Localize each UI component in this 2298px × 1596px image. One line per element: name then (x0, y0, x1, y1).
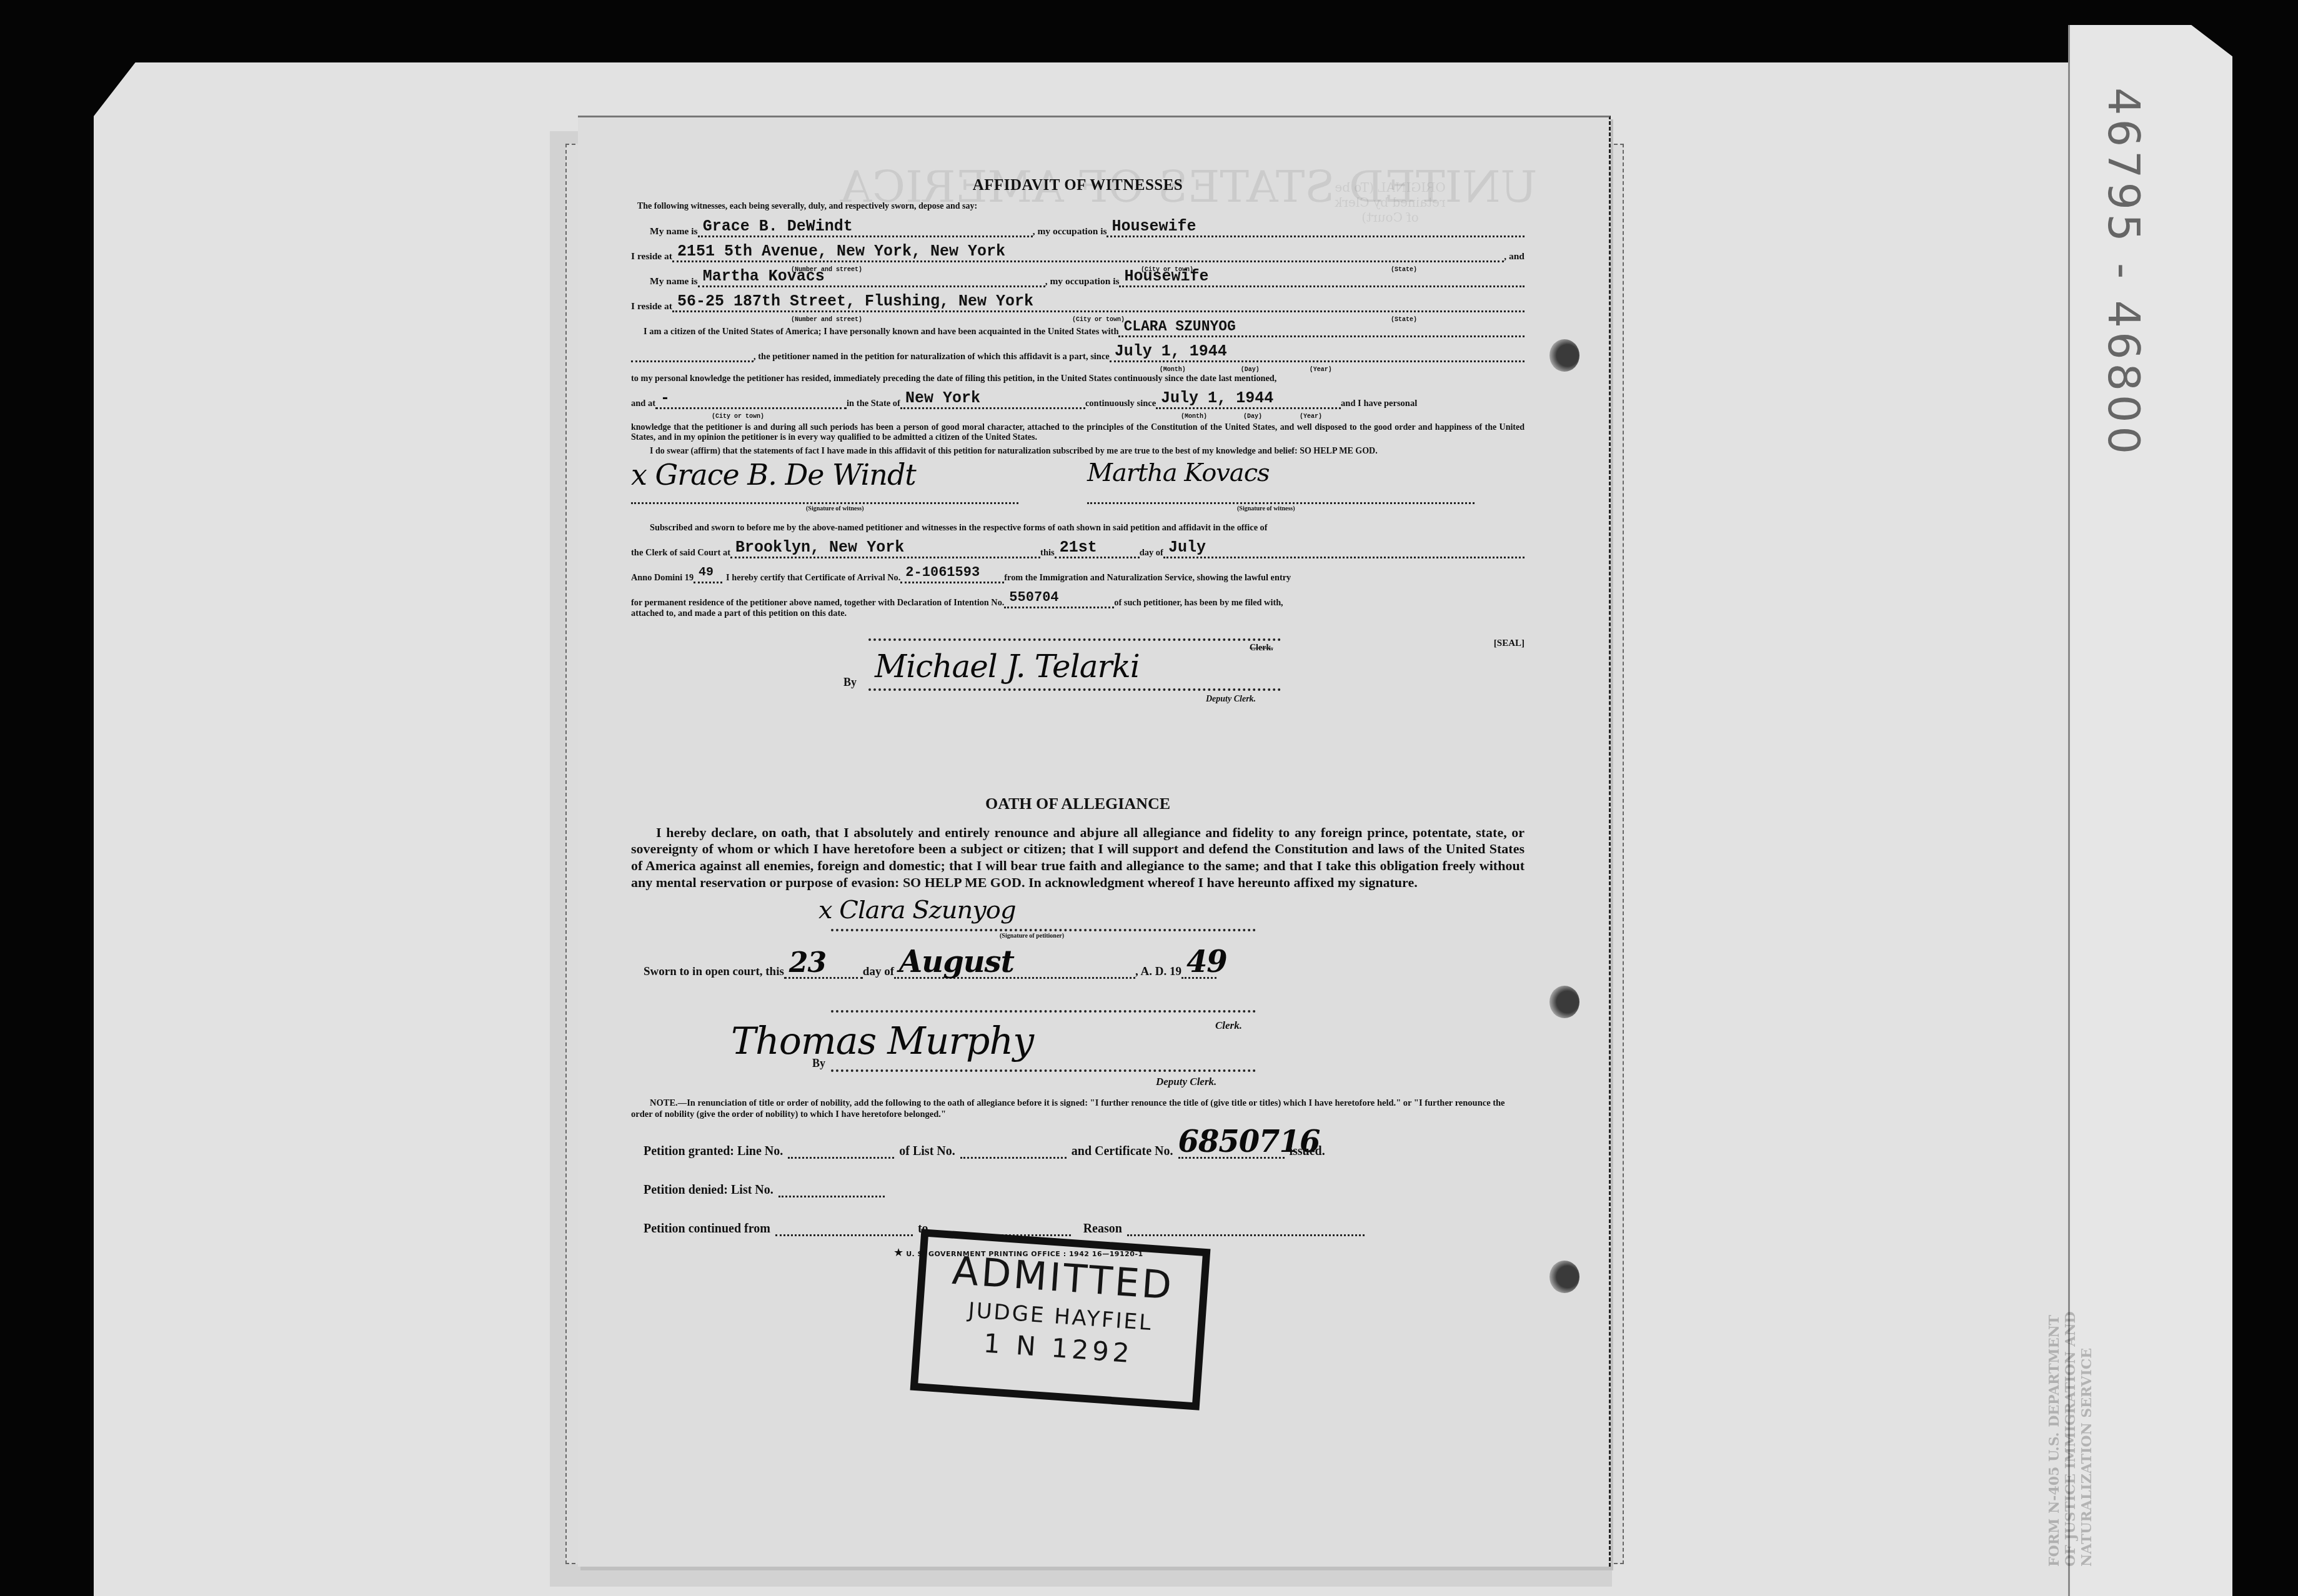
punch-hole-top (1549, 339, 1579, 372)
label: Petition continued from (644, 1222, 770, 1236)
label: Petition granted: Line No. (644, 1144, 783, 1159)
deputy-clerk-line (868, 688, 1281, 691)
label: and I have personal (1341, 399, 1417, 409)
court-row: the Clerk of said Court at Brooklyn, New… (631, 533, 1525, 558)
anno-year: 49 (694, 564, 722, 583)
witness1-name-row: My name is Grace B. DeWindt , my occupat… (631, 212, 1525, 237)
petition-continued-row: Petition continued from to Reason (631, 1197, 1525, 1236)
witness2-occupation: Housewife (1119, 268, 1525, 287)
oath-deputy-signature: Thomas Murphy (731, 1023, 1033, 1060)
by-label: By (843, 676, 857, 689)
state-value: New York (900, 390, 1085, 409)
oath-by-label: By (812, 1057, 825, 1070)
witness2-signature-line: Martha Kovacs (Signature of witness) (1087, 460, 1475, 504)
spacer (631, 707, 1525, 776)
sworn-row: Sworn to in open court, this 23 day of A… (631, 941, 1525, 979)
certificate-number: 6850716 (1178, 1127, 1285, 1159)
label: day of (1140, 548, 1163, 558)
label: and at (631, 399, 655, 409)
label: My name is (650, 276, 698, 287)
caption: (Year) (1300, 409, 1322, 426)
star-icon: ★ (893, 1246, 903, 1259)
label: I hereby certify that Certificate of Arr… (726, 573, 900, 583)
court-location: Brooklyn, New York (730, 539, 1040, 558)
label: continuously since (1085, 399, 1156, 409)
petition-text: , the petitioner named in the petition f… (754, 352, 1110, 362)
naturalization-form-page: UNITED STATES OF AMERICA ORIGINAL (To be… (578, 116, 1611, 1567)
label: Anno Domini 19 (631, 573, 694, 583)
label: issued. (1290, 1144, 1325, 1159)
deputy-clerk-signature: Michael J. Telarki (875, 651, 1140, 682)
label: of List No. (899, 1144, 955, 1159)
continued-from-field (775, 1223, 913, 1236)
oath-clerk-line (831, 1010, 1256, 1013)
oath-title: OATH OF ALLEGIANCE (631, 795, 1525, 813)
continuous-since-date: July 1, 1944 (Month) (Day) (Year) (1156, 390, 1341, 409)
petitioner-signature-block: x Clara Szunyog (Signature of petitioner… (631, 898, 1525, 941)
witness1-occupation: Housewife (1107, 218, 1525, 237)
witness1-address-row: I reside at 2151 5th Avenue, New York, N… (631, 237, 1525, 262)
nobility-note: NOTE.—In renunciation of title or order … (631, 1098, 1525, 1120)
handwritten-file-range: 46795 - 46800 (2098, 87, 2149, 458)
punch-hole-middle (1549, 986, 1579, 1018)
petitioner-signature: x Clara Szunyog (818, 898, 1016, 923)
deputy-clerk-block: [SEAL] Clerk. By Michael J. Telarki Depu… (631, 632, 1525, 707)
affidavit-section: AFFIDAVIT OF WITNESSES The following wit… (631, 177, 1525, 1259)
and-at-city: - (City or town) (655, 390, 847, 409)
label: , my occupation is (1033, 226, 1107, 237)
witness1-name: Grace B. DeWindt (698, 218, 1033, 237)
subscribed-text: Subscribed and sworn to before me by the… (631, 523, 1525, 533)
witness1-signature: x Grace B. De Windt (631, 458, 916, 492)
label: for permanent residence of the petitione… (631, 598, 1004, 608)
subscribed-day: 21st (1055, 539, 1140, 558)
list-no-field (960, 1146, 1067, 1159)
sworn-year: 49 (1181, 947, 1216, 979)
declaration-number: 550704 (1004, 589, 1114, 608)
label: I reside at (631, 251, 672, 262)
subscribed-month: July (1163, 539, 1525, 558)
since-date-value: July 1, 1944 (1115, 342, 1227, 360)
reason-field (1127, 1223, 1365, 1236)
affidavit-title: AFFIDAVIT OF WITNESSES (631, 177, 1525, 194)
witness1-signature-line: x Grace B. De Windt (Signature of witnes… (631, 460, 1018, 504)
residence-row: and at - (City or town) in the State of … (631, 384, 1525, 409)
since-date: July 1, 1944 (Month) (Day) (Year) (1110, 343, 1525, 362)
citizen-text: I am a citizen of the United States of A… (644, 327, 1118, 337)
caption: (Signature of petitioner) (1000, 933, 1064, 939)
knowledge-text: knowledge that the petitioner is and dur… (631, 423, 1525, 443)
label: I reside at (631, 301, 672, 312)
label: from the Immigration and Naturalization … (1004, 573, 1291, 583)
label: this (1040, 548, 1055, 558)
oath-clerk-block: Clerk. Thomas Murphy By Deputy Clerk. (631, 998, 1525, 1091)
caption: (City or town) (712, 409, 764, 426)
witness2-address-row: I reside at 56-25 187th Street, Flushing… (631, 287, 1525, 312)
label: Petition denied: List No. (644, 1183, 773, 1197)
caption: (Month) (1181, 409, 1207, 426)
petition-granted-row: Petition granted: Line No. of List No. a… (631, 1120, 1525, 1159)
denied-list-field (778, 1184, 885, 1197)
declaration-row: for permanent residence of the petitione… (631, 583, 1525, 608)
punch-hole-bottom (1549, 1261, 1579, 1293)
label: in the State of (847, 399, 900, 409)
continuous-since-value: July 1, 1944 (1161, 389, 1273, 407)
sworn-month: August (894, 947, 1135, 979)
label: and Certificate No. (1072, 1144, 1173, 1159)
arrival-number: 2-1061593 (900, 564, 1004, 583)
oath-deputy-line (831, 1069, 1256, 1072)
affidavit-intro: The following witnesses, each being seve… (637, 202, 1525, 212)
seal-label: [SEAL] (1494, 638, 1525, 649)
attached-text: attached to, and made a part of this pet… (631, 608, 1525, 619)
witness2-name: Martha Kovacs (698, 268, 1045, 287)
petitioner-name: CLARA SZUNYOG (1118, 318, 1525, 337)
resided-text: to my personal knowledge the petitioner … (631, 374, 1525, 384)
petitioner-signature-line (831, 929, 1256, 931)
label: , A. D. 19 (1135, 965, 1181, 979)
witness2-signature: Martha Kovacs (1087, 458, 1270, 487)
oath-clerk-label: Clerk. (1215, 1019, 1242, 1032)
witness1-address-value: 2151 5th Avenue, New York, New York (677, 242, 1005, 260)
label: day of (863, 965, 894, 979)
witness2-address-value: 56-25 187th Street, Flushing, New York (677, 292, 1033, 310)
label: of such petitioner, has been by me filed… (1114, 598, 1283, 608)
since-row: , the petitioner named in the petition f… (631, 337, 1525, 362)
witness-signatures: x Grace B. De Windt (Signature of witnes… (631, 460, 1525, 504)
label: Sworn to in open court, this (644, 965, 784, 979)
swear-text: I do swear (affirm) that the statements … (631, 447, 1525, 457)
label: , and (1504, 251, 1525, 262)
oath-text: I hereby declare, on oath, that I absolu… (631, 825, 1525, 891)
sworn-day: 23 (784, 949, 863, 979)
line-no-field (788, 1146, 894, 1159)
label: Reason (1083, 1222, 1122, 1236)
witness1-address: 2151 5th Avenue, New York, New York (Num… (672, 243, 1504, 262)
clerk-label: Clerk. (1250, 643, 1273, 653)
clerk-line (868, 638, 1281, 641)
witness2-name-row: My name is Martha Kovacs , my occupation… (631, 262, 1525, 287)
caption: (Signature of witness) (806, 505, 864, 512)
oath-deputy-label: Deputy Clerk. (1156, 1076, 1216, 1088)
witness2-address: 56-25 187th Street, Flushing, New York (… (672, 293, 1525, 312)
blank-field (631, 343, 754, 362)
petition-denied-row: Petition denied: List No. (631, 1159, 1525, 1197)
admitted-stamp: ADMITTED JUDGE HAYFIEL 1 N 1292 (910, 1229, 1211, 1410)
deputy-clerk-label: Deputy Clerk. (1206, 695, 1256, 705)
caption: (Day) (1243, 409, 1262, 426)
bleedthrough-form-number: FORM N-405 U.S. DEPARTMENT OF JUSTICE IM… (2046, 1292, 2095, 1567)
label: My name is (650, 226, 698, 237)
label: , my occupation is (1045, 276, 1120, 287)
acquainted-row: I am a citizen of the United States of A… (631, 312, 1525, 337)
caption: (Signature of witness) (1237, 505, 1295, 512)
certificate-row: Anno Domini 19 49 I hereby certify that … (631, 558, 1525, 583)
and-at-city-value: - (660, 389, 670, 407)
label: the Clerk of said Court at (631, 548, 730, 558)
